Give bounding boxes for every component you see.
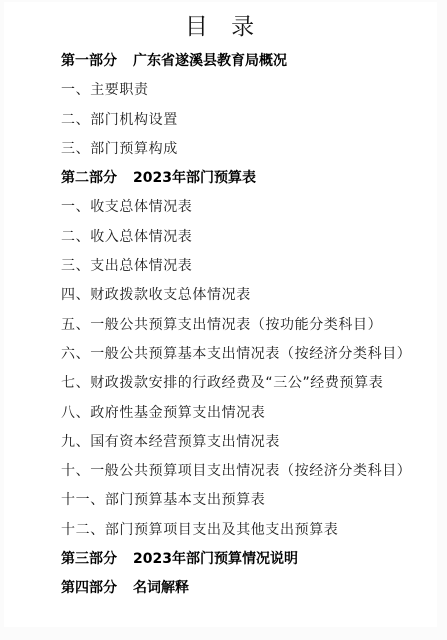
toc-item: 一、收支总体情况表 xyxy=(61,193,411,222)
toc-item: 九、国有资本经营预算支出情况表 xyxy=(61,428,411,457)
toc-item: 十一、部门预算基本支出预算表 xyxy=(61,486,411,515)
toc-item-text: 一般公共预算支出情况表（按功能分类科目） xyxy=(90,317,382,333)
toc-item-text: 部门预算项目支出及其他支出预算表 xyxy=(105,522,339,538)
toc-item-label: 二、 xyxy=(61,223,90,252)
toc-item: 三、支出总体情况表 xyxy=(61,252,411,281)
toc-item: 三、部门预算构成 xyxy=(61,135,411,164)
toc-item: 一、主要职责 xyxy=(61,76,411,105)
toc-part-text: 2023年部门预算情况说明 xyxy=(133,551,298,567)
toc-item: 四、财政拨款收支总体情况表 xyxy=(61,281,411,310)
table-of-contents: 第一部分广东省遂溪县教育局概况 一、主要职责 二、部门机构设置 三、部门预算构成… xyxy=(61,47,411,604)
toc-item-label: 七、 xyxy=(61,369,90,398)
toc-item-text: 主要职责 xyxy=(90,82,148,98)
toc-item-label: 十二、 xyxy=(61,516,105,545)
toc-part-text: 2023年部门预算表 xyxy=(133,170,256,186)
toc-item-label: 四、 xyxy=(61,281,90,310)
toc-item: 六、一般公共预算基本支出情况表（按经济分类科目） xyxy=(61,340,411,369)
toc-item-label: 一、 xyxy=(61,76,90,105)
toc-item-text: 收支总体情况表 xyxy=(90,199,192,215)
toc-item-label: 十、 xyxy=(61,457,90,486)
toc-item-text: 部门预算基本支出预算表 xyxy=(105,492,266,508)
toc-part-1: 第一部分广东省遂溪县教育局概况 xyxy=(61,47,411,76)
toc-item-text: 部门机构设置 xyxy=(90,112,178,128)
toc-item: 十二、部门预算项目支出及其他支出预算表 xyxy=(61,516,411,545)
toc-item-label: 十一、 xyxy=(61,486,105,515)
toc-item-label: 五、 xyxy=(61,311,90,340)
toc-item-label: 六、 xyxy=(61,340,90,369)
toc-item-text: 政府性基金预算支出情况表 xyxy=(90,405,265,421)
toc-item: 二、收入总体情况表 xyxy=(61,223,411,252)
toc-part-text: 名词解释 xyxy=(133,580,189,596)
toc-item: 八、政府性基金预算支出情况表 xyxy=(61,399,411,428)
toc-part-label: 第三部分 xyxy=(61,545,117,574)
toc-part-label: 第四部分 xyxy=(61,574,117,603)
toc-item-label: 八、 xyxy=(61,399,90,428)
toc-item-label: 三、 xyxy=(61,135,90,164)
toc-item-text: 收入总体情况表 xyxy=(90,229,192,245)
toc-item: 五、一般公共预算支出情况表（按功能分类科目） xyxy=(61,311,411,340)
toc-item-text: 部门预算构成 xyxy=(90,141,178,157)
toc-item-text: 一般公共预算基本支出情况表（按经济分类科目） xyxy=(90,346,411,362)
toc-item-text: 国有资本经营预算支出情况表 xyxy=(90,434,280,450)
toc-item: 二、部门机构设置 xyxy=(61,106,411,135)
toc-item: 十、一般公共预算项目支出情况表（按经济分类科目） xyxy=(61,457,411,486)
toc-title: 目 录 xyxy=(0,12,447,42)
toc-item-text: 财政拨款安排的行政经费及“三公”经费预算表 xyxy=(90,375,383,391)
toc-item-label: 三、 xyxy=(61,252,90,281)
toc-item: 七、财政拨款安排的行政经费及“三公”经费预算表 xyxy=(61,369,411,398)
toc-item-label: 二、 xyxy=(61,106,90,135)
toc-item-label: 九、 xyxy=(61,428,90,457)
toc-part-4: 第四部分名词解释 xyxy=(61,574,411,603)
toc-item-text: 支出总体情况表 xyxy=(90,258,192,274)
toc-part-3: 第三部分2023年部门预算情况说明 xyxy=(61,545,411,574)
toc-item-text: 财政拨款收支总体情况表 xyxy=(90,287,251,303)
toc-part-2: 第二部分2023年部门预算表 xyxy=(61,164,411,193)
toc-item-text: 一般公共预算项目支出情况表（按经济分类科目） xyxy=(90,463,411,479)
toc-item-label: 一、 xyxy=(61,193,90,222)
toc-part-text: 广东省遂溪县教育局概况 xyxy=(133,53,287,69)
toc-part-label: 第二部分 xyxy=(61,164,117,193)
toc-part-label: 第一部分 xyxy=(61,47,117,76)
